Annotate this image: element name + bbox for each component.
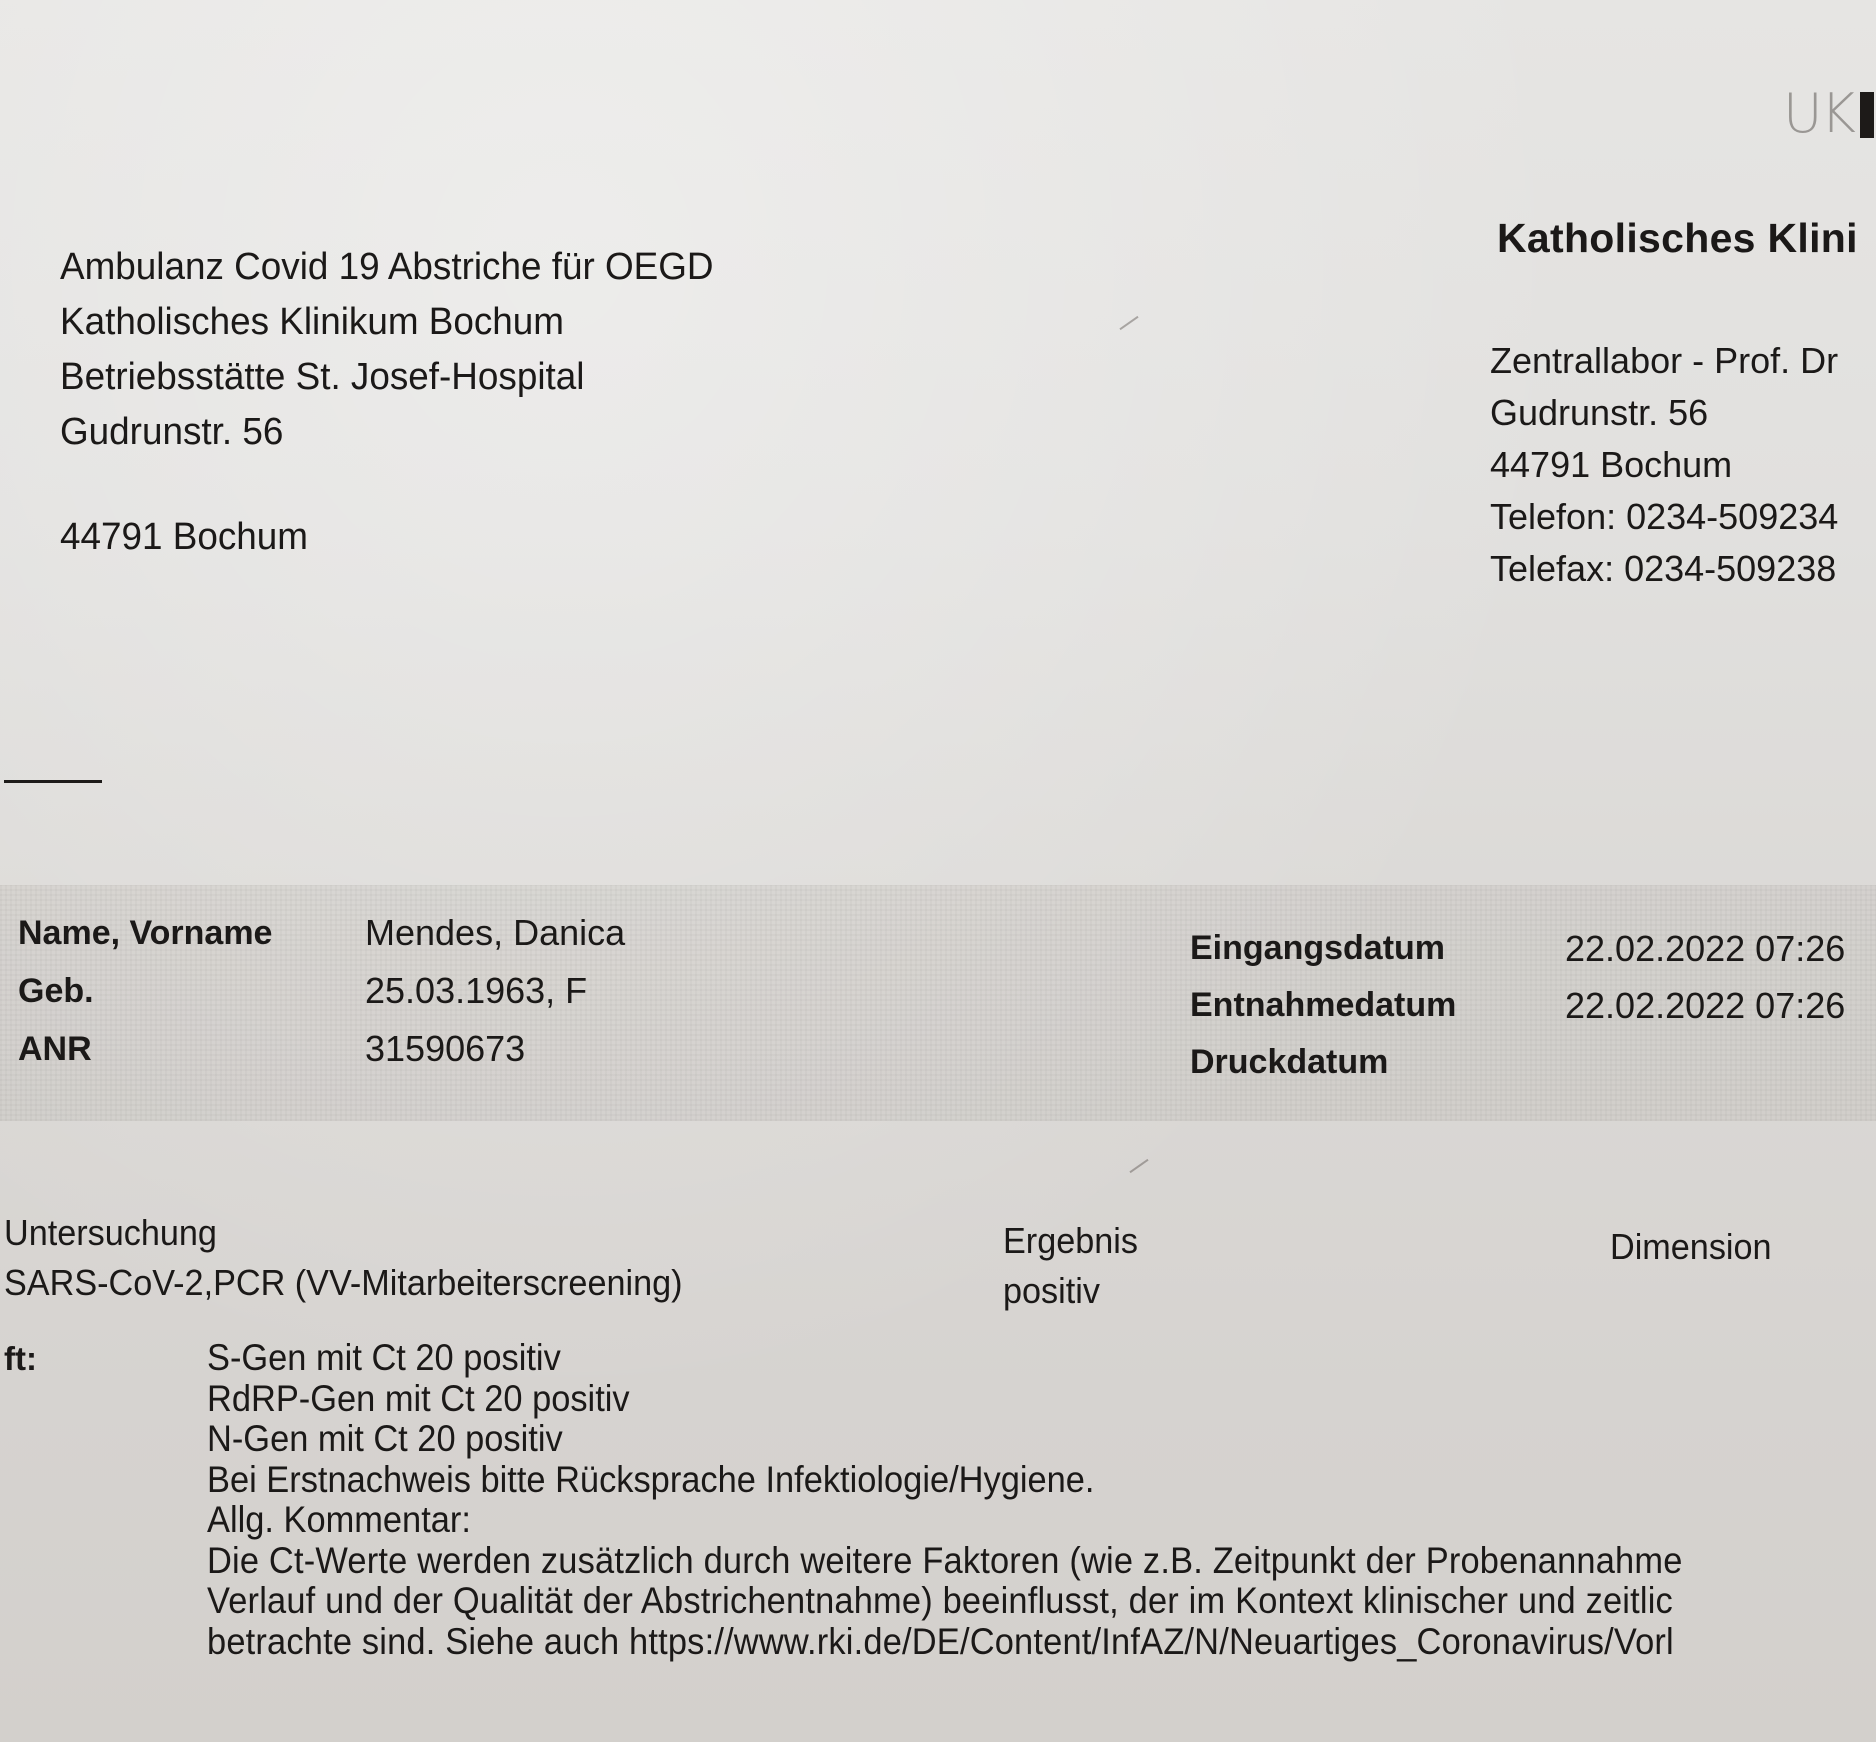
- print-date-label: Druckdatum: [1190, 1034, 1565, 1091]
- clinic-logo: UK: [1783, 88, 1874, 140]
- finding-rdrp-gene: RdRP-Gen mit Ct 20 positiv: [207, 1379, 1683, 1420]
- lab-street: Gudrunstr. 56: [1490, 387, 1838, 439]
- patient-info: Name, Vorname Mendes, Danica Geb. 25.03.…: [18, 904, 625, 1078]
- result-value: positiv: [1003, 1266, 1138, 1316]
- paper-mark: [1119, 316, 1138, 330]
- received-date-value: 22.02.2022 07:26: [1565, 920, 1845, 977]
- finding-hygiene-note: Bei Erstnachweis bitte Rücksprache Infek…: [207, 1460, 1683, 1501]
- received-date-label: Eingangsdatum: [1190, 920, 1565, 977]
- collection-date-label: Entnahmedatum: [1190, 977, 1565, 1034]
- results-test-column: Untersuchung SARS-CoV-2,PCR (VV-Mitarbei…: [4, 1208, 683, 1308]
- comment-line-3: betrachte sind. Siehe auch https://www.r…: [207, 1622, 1683, 1663]
- logo-text: UK: [1783, 88, 1854, 140]
- received-date-row: Eingangsdatum 22.02.2022 07:26: [1190, 920, 1845, 977]
- finding-s-gene: S-Gen mit Ct 20 positiv: [207, 1338, 1683, 1379]
- lab-address-block: Zentrallabor - Prof. Dr Gudrunstr. 56 44…: [1490, 335, 1838, 595]
- lab-city: 44791 Bochum: [1490, 439, 1838, 491]
- collection-date-value: 22.02.2022 07:26: [1565, 977, 1845, 1034]
- patient-name-label: Name, Vorname: [18, 904, 365, 962]
- comment-line-2: Verlauf und der Qualität der Abstrichent…: [207, 1581, 1683, 1622]
- results-dimension-column: Dimension: [1610, 1222, 1772, 1272]
- lab-clinic-title: Katholisches Klini: [1497, 215, 1858, 262]
- recipient-address-block: Ambulanz Covid 19 Abstriche für OEGD Kat…: [60, 240, 714, 565]
- test-header: Untersuchung: [4, 1208, 683, 1258]
- dimension-header: Dimension: [1610, 1222, 1772, 1272]
- patient-birth-value: 25.03.1963, F: [365, 962, 587, 1020]
- patient-birth-row: Geb. 25.03.1963, F: [18, 962, 625, 1020]
- patient-birth-label: Geb.: [18, 962, 365, 1020]
- recipient-street: Gudrunstr. 56: [60, 405, 714, 460]
- print-date-row: Druckdatum: [1190, 1034, 1845, 1091]
- collection-date-row: Entnahmedatum 22.02.2022 07:26: [1190, 977, 1845, 1034]
- results-result-column: Ergebnis positiv: [1003, 1216, 1138, 1316]
- patient-anr-value: 31590673: [365, 1020, 525, 1078]
- sample-dates: Eingangsdatum 22.02.2022 07:26 Entnahmed…: [1190, 920, 1845, 1091]
- patient-name-row: Name, Vorname Mendes, Danica: [18, 904, 625, 962]
- findings-label: ft:: [4, 1340, 37, 1378]
- result-header: Ergebnis: [1003, 1216, 1138, 1266]
- patient-anr-row: ANR 31590673: [18, 1020, 625, 1078]
- patient-name-value: Mendes, Danica: [365, 904, 625, 962]
- comment-line-1: Die Ct-Werte werden zusätzlich durch wei…: [207, 1541, 1683, 1582]
- recipient-department: Ambulanz Covid 19 Abstriche für OEGD: [60, 240, 714, 295]
- lab-fax: Telefax: 0234-509238: [1490, 543, 1838, 595]
- fold-mark-divider: [4, 780, 102, 783]
- lab-phone: Telefon: 0234-509234: [1490, 491, 1838, 543]
- recipient-city: 44791 Bochum: [60, 510, 714, 565]
- recipient-clinic: Katholisches Klinikum Bochum: [60, 295, 714, 350]
- finding-n-gene: N-Gen mit Ct 20 positiv: [207, 1419, 1683, 1460]
- recipient-site: Betriebsstätte St. Josef-Hospital: [60, 350, 714, 405]
- lab-department: Zentrallabor - Prof. Dr: [1490, 335, 1838, 387]
- findings-block: S-Gen mit Ct 20 positiv RdRP-Gen mit Ct …: [207, 1338, 1683, 1662]
- patient-anr-label: ANR: [18, 1020, 365, 1078]
- comment-heading: Allg. Kommentar:: [207, 1500, 1683, 1541]
- test-name: SARS-CoV-2,PCR (VV-Mitarbeiterscreening): [4, 1258, 683, 1308]
- logo-bar-icon: [1860, 92, 1874, 138]
- paper-mark: [1129, 1159, 1148, 1173]
